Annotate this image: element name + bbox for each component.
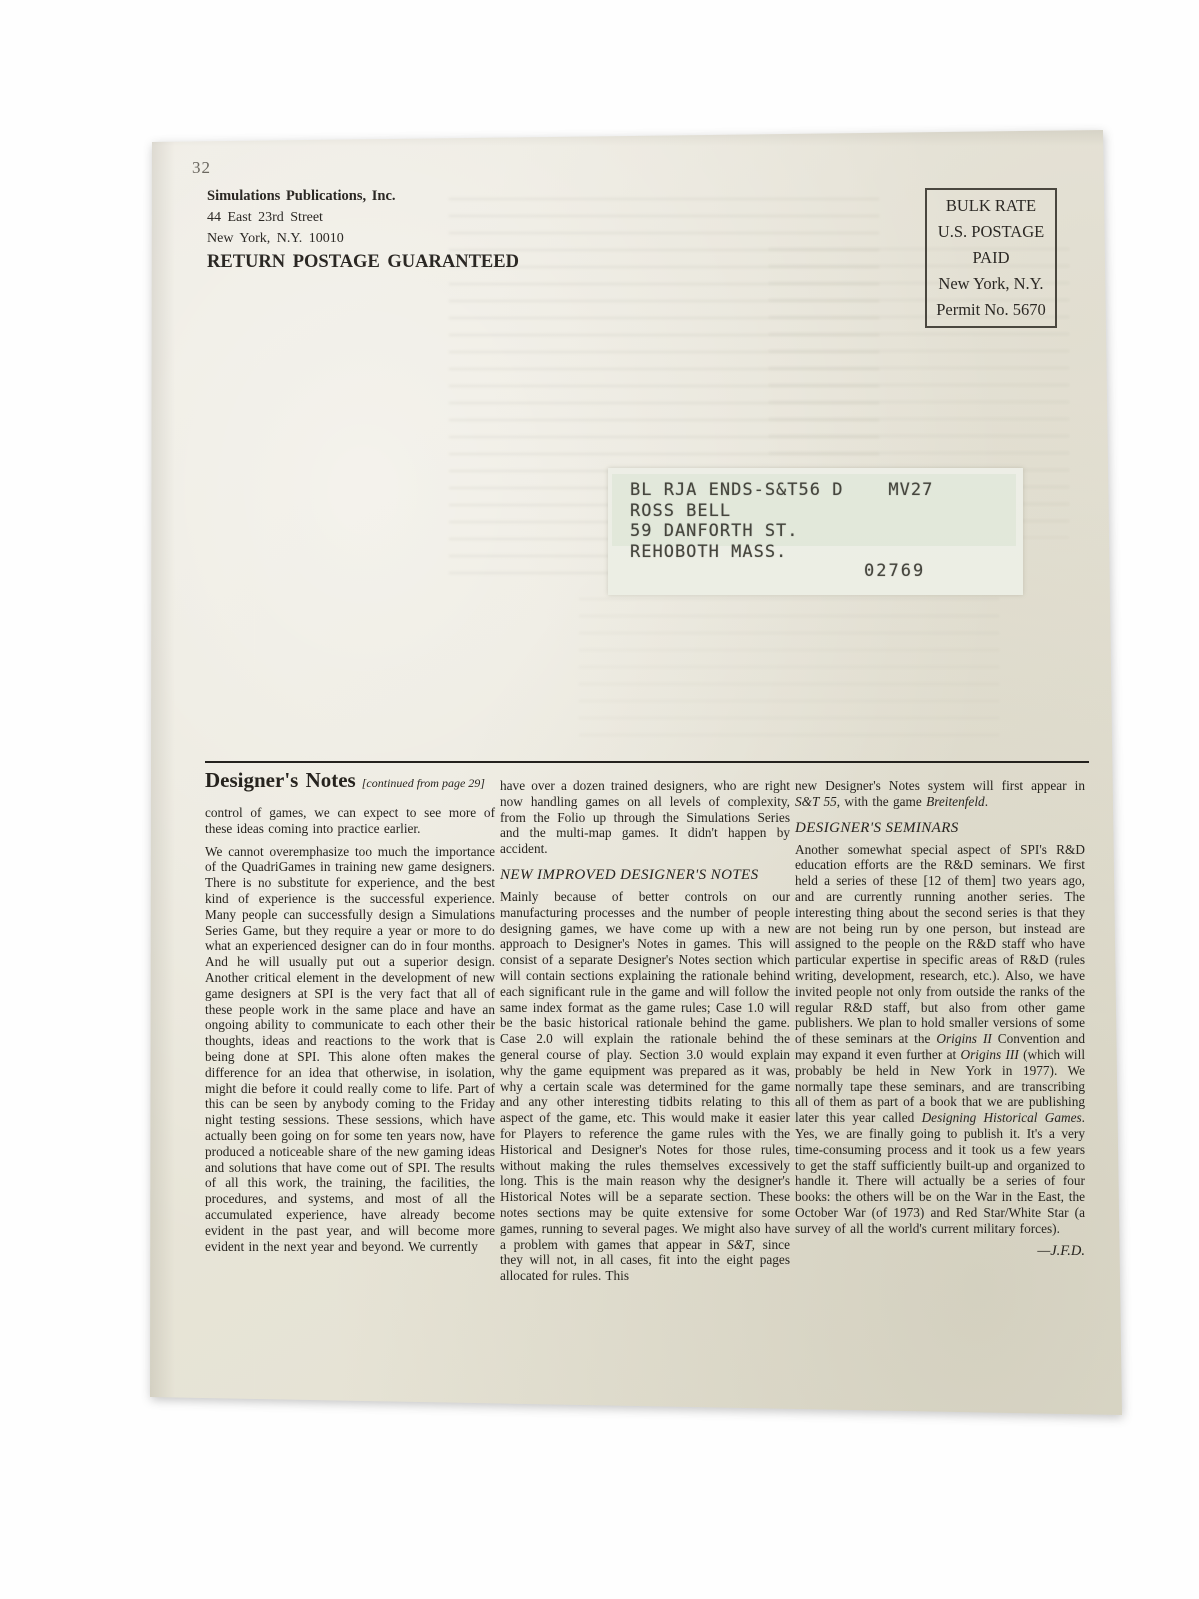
postage-line: PAID bbox=[927, 245, 1055, 271]
article-column-1: Designer's Notes[continued from page 29]… bbox=[205, 768, 495, 1261]
paper-left-edge-shade bbox=[149, 128, 175, 1420]
section-heading: DESIGNER'S SEMINARS bbox=[795, 820, 1085, 837]
paper-top-edge-shade bbox=[149, 128, 1125, 146]
label-zip-code: 02769 bbox=[864, 561, 925, 581]
mailing-label: BL RJA ENDS-S&T56 D MV27 ROSS BELL 59 DA… bbox=[608, 468, 1023, 595]
postage-line: Permit No. 5670 bbox=[927, 297, 1055, 323]
showthrough-texture bbox=[579, 598, 999, 748]
page-number: 32 bbox=[192, 158, 211, 178]
sender-street: 44 East 23rd Street bbox=[207, 207, 519, 228]
article-column-2: have over a dozen trained designers, who… bbox=[500, 778, 790, 1291]
return-postage-notice: RETURN POSTAGE GUARANTEED bbox=[207, 252, 519, 273]
article-column-1-body: control of games, we can expect to see m… bbox=[205, 805, 495, 1254]
magazine-page-photo: 32 Simulations Publications, Inc. 44 Eas… bbox=[149, 128, 1125, 1420]
paragraph: Mainly because of better controls on our… bbox=[500, 889, 790, 1284]
article-column-2-body: have over a dozen trained designers, who… bbox=[500, 778, 790, 1284]
sender-address-block: Simulations Publications, Inc. 44 East 2… bbox=[207, 186, 519, 273]
paragraph: new Designer's Notes system will first a… bbox=[795, 778, 1085, 810]
article-column-3: new Designer's Notes system will first a… bbox=[795, 778, 1085, 1266]
article-continued-note: [continued from page 29] bbox=[362, 776, 485, 790]
postage-line: New York, N.Y. bbox=[927, 271, 1055, 297]
sender-city: New York, N.Y. 10010 bbox=[207, 228, 519, 249]
sender-name: Simulations Publications, Inc. bbox=[207, 186, 519, 207]
paragraph: We cannot overemphasize too much the imp… bbox=[205, 844, 495, 1255]
postage-permit-box: BULK RATE U.S. POSTAGE PAID New York, N.… bbox=[925, 188, 1057, 328]
magazine-back-page: 32 Simulations Publications, Inc. 44 Eas… bbox=[149, 128, 1125, 1420]
paragraph: control of games, we can expect to see m… bbox=[205, 805, 495, 837]
article-column-3-body: new Designer's Notes system will first a… bbox=[795, 778, 1085, 1259]
paragraph: Another somewhat special aspect of SPI's… bbox=[795, 842, 1085, 1237]
label-address-lines: BL RJA ENDS-S&T56 D MV27 ROSS BELL 59 DA… bbox=[630, 480, 933, 562]
article-title-row: Designer's Notes[continued from page 29] bbox=[205, 768, 495, 793]
paragraph: have over a dozen trained designers, who… bbox=[500, 778, 790, 857]
signature: —J.F.D. bbox=[795, 1244, 1085, 1260]
postage-line: U.S. POSTAGE bbox=[927, 219, 1055, 245]
section-heading: NEW IMPROVED DESIGNER'S NOTES bbox=[500, 867, 790, 884]
article-title: Designer's Notes bbox=[205, 768, 356, 792]
section-divider-rule bbox=[205, 761, 1089, 763]
postage-line: BULK RATE bbox=[927, 193, 1055, 219]
